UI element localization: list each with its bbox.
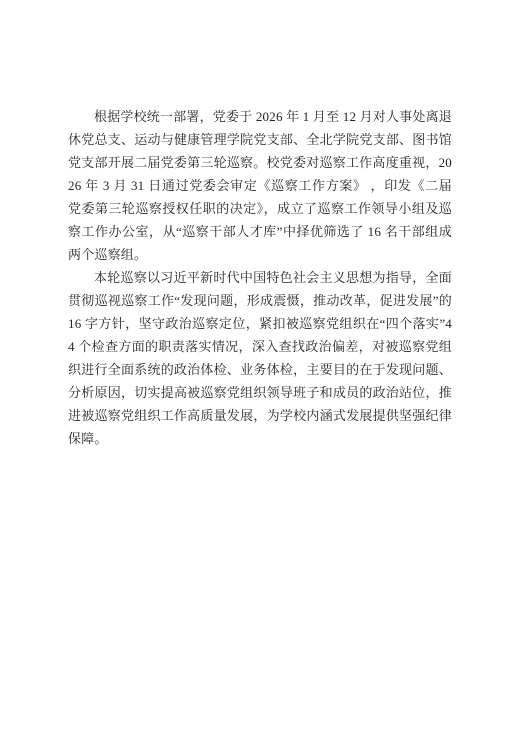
paragraph-inspection-guidance: 本轮巡察以习近平新时代中国特色社会主义思想为指导，全面贯彻巡视巡察工作“发现问题… xyxy=(68,266,452,450)
paragraph-inspection-overview: 根据学校统一部署，党委于 2026 年 1 月至 12 月对人事处离退休党总支、… xyxy=(68,105,452,266)
document-page: 根据学校统一部署，党委于 2026 年 1 月至 12 月对人事处离退休党总支、… xyxy=(0,0,517,746)
document-body: 根据学校统一部署，党委于 2026 年 1 月至 12 月对人事处离退休党总支、… xyxy=(68,105,452,450)
